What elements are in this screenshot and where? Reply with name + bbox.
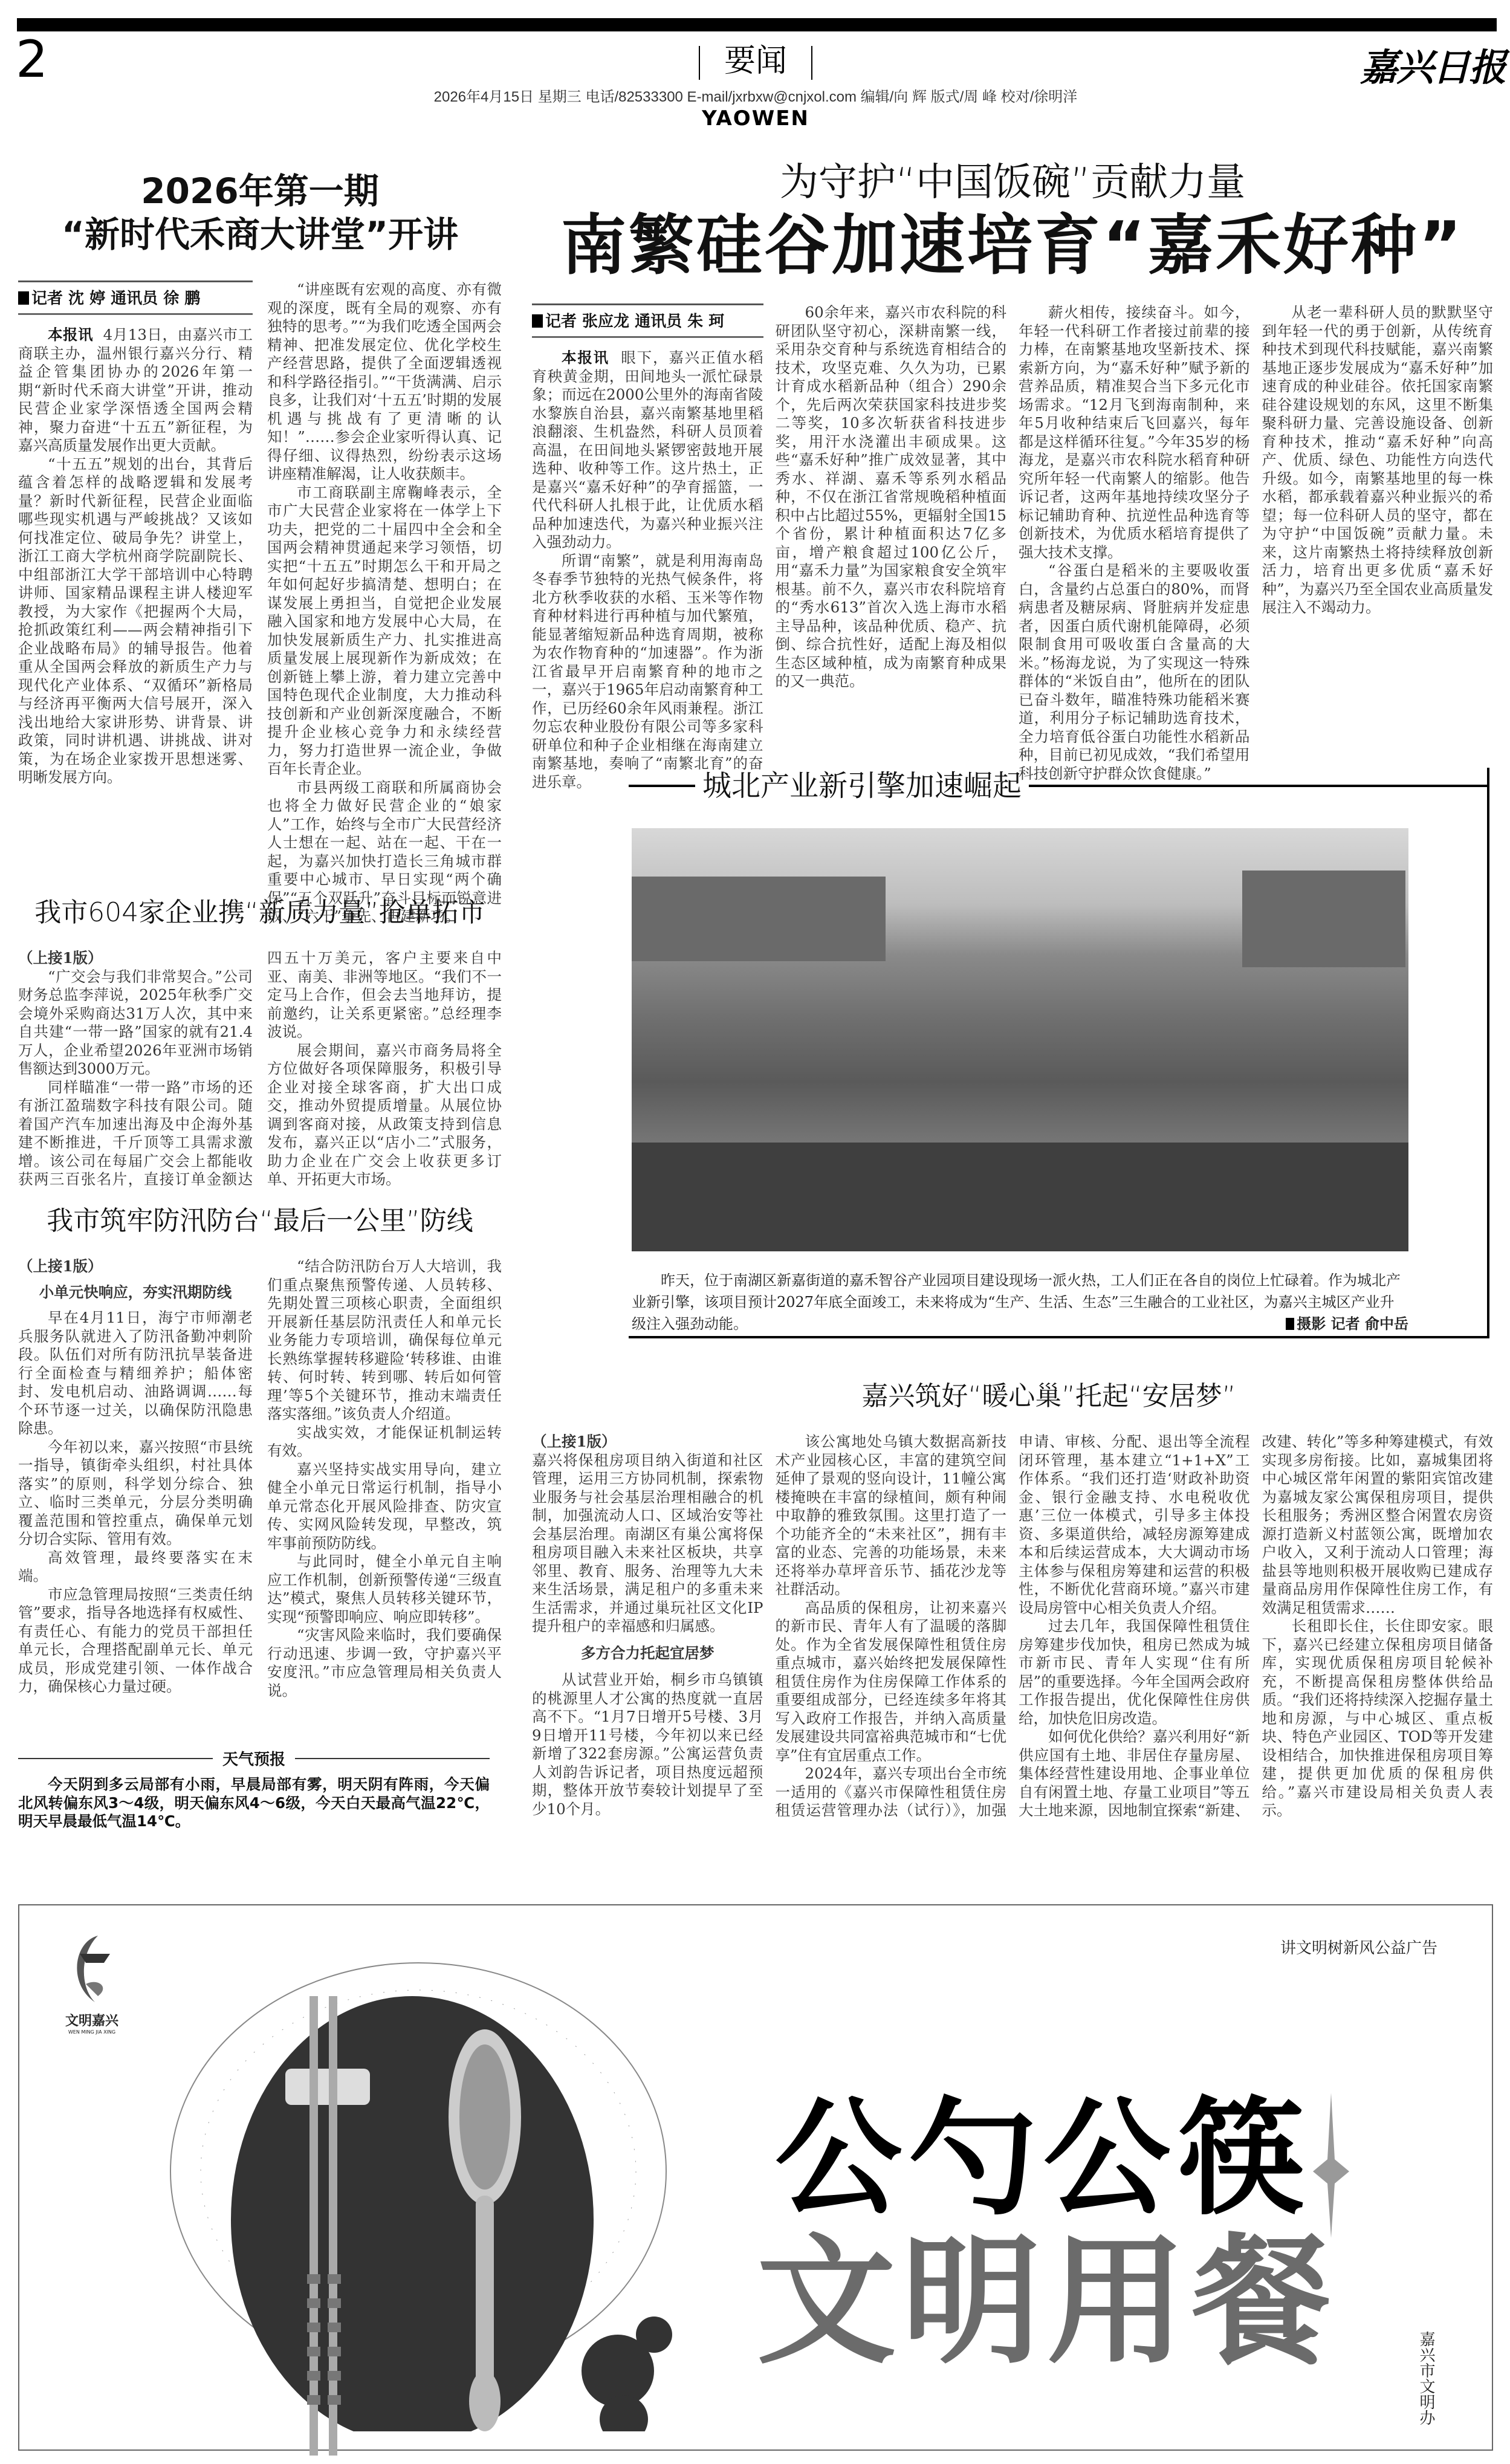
chopsticks-icon <box>285 1996 370 2456</box>
article-housing: 嘉兴筑好“暖心巢”托起“安居梦” （上接1版） 嘉兴将保租房项目纳入街道和社区管… <box>532 1378 1493 1820</box>
article-lecture-title-line1: 2026年第一期 <box>18 169 502 213</box>
article-trade: 我市604家企业携“新质力量”抢单拓市 （上接1版） “广交会与我们非常契合。”… <box>18 895 502 1189</box>
article-rice-byline: 记者 张应龙 通讯员 朱 珂 <box>532 303 763 338</box>
article-rice: 为守护“中国饭碗”贡献力量 南繁硅谷加速培育“嘉禾好种” 记者 张应龙 通讯员 … <box>532 158 1493 791</box>
public-service-ad: 文明嘉兴 WEN MING JIA XING 讲文明树新风公益广告 公勺公筷 文… <box>18 1904 1493 2451</box>
byline-square-icon <box>532 314 543 328</box>
article-rice-body-col2: 60余年来，嘉兴市农科院的科研团队坚守初心，深耕南繁一线，采用杂交育种与系统选育… <box>776 303 1007 791</box>
photo-feature-title: 城北产业新引擎加速崛起 <box>695 768 1029 804</box>
article-rice-title: 南繁硅谷加速培育“嘉禾好种” <box>532 207 1493 285</box>
article-flood-body: （上接1版） 小单元快响应，夯实汛期防线 早在4月11日，海宁市师潮老兵服务队就… <box>18 1257 502 1700</box>
article-housing-body: （上接1版） 嘉兴将保租房项目纳入街道和社区管理，运用三方协同机制，探索物业服务… <box>532 1433 1493 1820</box>
article-trade-body: （上接1版） “广交会与我们非常契合。”公司财务总监李萍说，2025年秋季广交会… <box>18 949 502 1189</box>
article-trade-title: 我市604家企业携“新质力量”抢单拓市 <box>18 895 502 931</box>
section-bar-right <box>811 46 812 80</box>
edition-info-line: 2026年4月15日 星期三 电话/82533300 E-mail/jxrbxw… <box>387 85 1124 106</box>
article-lecture-body-col2: “讲座既有宏观的高度、亦有微观的深度，既有全局的观察、亦有独特的思考。”“为我们… <box>267 280 502 926</box>
section-pinyin: YAOWEN <box>695 106 816 131</box>
weather-box: 天气预报 今天阴到多云局部有小雨，早晨局部有雾，明天阴有阵雨，今天偏北风转偏东风… <box>18 1747 490 1831</box>
article-rice-body-col1: 本报讯 眼下，嘉兴正值水稻育秧黄金期，田间地头一派忙碌景象；而远在2000公里外… <box>532 349 763 791</box>
weather-text: 今天阴到多云局部有小雨，早晨局部有雾，明天阴有阵雨，今天偏北风转偏东风3～4级，… <box>18 1775 490 1831</box>
photo-credit: 摄影 记者 俞中岳 <box>1286 1313 1408 1335</box>
photo-caption: 昨天，位于南湖区新嘉街道的嘉禾智谷产业园项目建设现场一派火热，工人们正在各自的岗… <box>632 1269 1408 1335</box>
article-rice-body-col4: 从老一辈科研人员的默默坚守到年轻一代的勇于创新，从传统育种技术到现代科技赋能，嘉… <box>1262 303 1494 791</box>
article-flood-title: 我市筑牢防汛防台“最后一公里”防线 <box>18 1203 502 1239</box>
ad-sponsor: 嘉兴市文明办 <box>1415 2331 1437 2425</box>
article-rice-kicker: 为守护“中国饭碗”贡献力量 <box>532 158 1493 207</box>
article-flood-subhead: 小单元快响应，夯实汛期防线 <box>18 1283 253 1302</box>
spoon-icon <box>442 2026 527 2437</box>
construction-site-photo <box>632 828 1408 1251</box>
section-title: 要闻 <box>665 35 846 80</box>
article-housing-title: 嘉兴筑好“暖心巢”托起“安居梦” <box>532 1378 1493 1415</box>
article-flood: 我市筑牢防汛防台“最后一公里”防线 （上接1版） 小单元快响应，夯实汛期防线 早… <box>18 1203 502 1700</box>
ad-slogan-line2: 文明用餐 <box>757 2190 1337 2390</box>
article-lecture-byline: 记者 沈 婷 通讯员 徐 鹏 <box>18 280 253 315</box>
section-label: 要闻 <box>724 43 787 79</box>
article-lecture-body-col1: 本报讯 4月13日，由嘉兴市工商联主办，温州银行嘉兴分行、精益企管集团协办的20… <box>18 326 253 787</box>
article-lecture-title-line2: “新时代禾商大讲堂”开讲 <box>18 213 502 256</box>
civilization-logo: 文明嘉兴 WEN MING JIA XING <box>62 1930 122 2035</box>
page-number: 2 <box>16 34 48 85</box>
sparkle-icon <box>1313 2093 1349 2238</box>
article-lecture: 2026年第一期 “新时代禾商大讲堂”开讲 记者 沈 婷 通讯员 徐 鹏 本报讯… <box>18 169 502 926</box>
top-rule <box>17 18 1497 31</box>
weather-title: 天气预报 <box>18 1747 490 1769</box>
civilization-logo-icon <box>62 1930 122 2008</box>
byline-square-icon <box>18 291 29 305</box>
masthead-logo: 嘉兴日报 <box>1360 37 1505 91</box>
ad-tag: 讲文明树新风公益广告 <box>1280 1936 1437 1958</box>
article-housing-subhead: 多方合力托起宜居梦 <box>532 1644 763 1663</box>
plate-icon <box>158 1960 702 2431</box>
section-bar-left <box>699 46 700 80</box>
article-rice-body-col3: 薪火相传，接续奋斗。如今，年轻一代科研工作者接过前辈的接力棒，在南繁基地攻坚新技… <box>1019 303 1250 791</box>
photo-feature: 城北产业新引擎加速崛起 昨天，位于南湖区新嘉街道的嘉禾智谷产业园项目建设现场一派… <box>629 768 1489 1338</box>
